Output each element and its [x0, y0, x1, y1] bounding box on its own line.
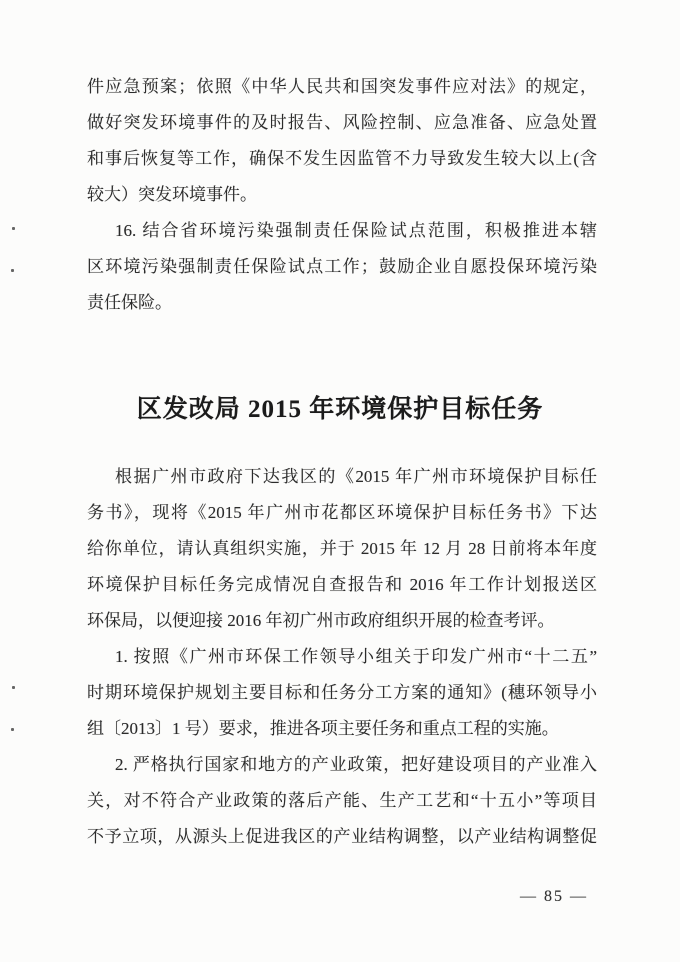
- text-line: 1. 按照《广州市环保工作领导小组关于印发广州市“十二五”: [87, 639, 597, 675]
- text-line: 较大）突发环境事件。: [87, 177, 597, 213]
- text-line: 根据广州市政府下达我区的《2015 年广州市环境保护目标任: [87, 459, 597, 495]
- text-line: 环境保护目标任务完成情况自查报告和 2016 年工作计划报送区: [87, 567, 597, 603]
- document-page: 件应急预案；依照《中华人民共和国突发事件应对法》的规定， 做好突发环境事件的及时…: [0, 0, 680, 962]
- text-line: 给你单位，请认真组织实施，并于 2015 年 12 月 28 日前将本年度: [87, 531, 597, 567]
- text-line: 做好突发环境事件的及时报告、风险控制、应急准备、应急处置: [87, 105, 597, 141]
- text-line: 不予立项，从源头上促进我区的产业结构调整，以产业结构调整促: [87, 819, 597, 855]
- text-line: 关，对不符合产业政策的落后产能、生产工艺和“十五小”等项目: [87, 783, 597, 819]
- scan-mark-dot: [12, 686, 15, 689]
- page-number: — 85 —: [520, 888, 588, 906]
- scan-mark-dot: [11, 269, 14, 272]
- text-line: 2. 严格执行国家和地方的产业政策，把好建设项目的产业准入: [87, 747, 597, 783]
- paragraph-block-bottom: 根据广州市政府下达我区的《2015 年广州市环境保护目标任 务书》，现将《201…: [87, 459, 597, 855]
- text-line: 环保局，以便迎接 2016 年初广州市政府组织开展的检查考评。: [87, 603, 597, 639]
- text-line: 责任保险。: [87, 285, 597, 321]
- text-line: 和事后恢复等工作，确保不发生因监管不力导致发生较大以上(含: [87, 141, 597, 177]
- text-line: 16. 结合省环境污染强制责任保险试点范围，积极推进本辖: [87, 213, 597, 249]
- section-title: 区发改局 2015 年环境保护目标任务: [0, 391, 680, 429]
- paragraph-block-top: 件应急预案；依照《中华人民共和国突发事件应对法》的规定， 做好突发环境事件的及时…: [87, 69, 597, 321]
- text-line: 区环境污染强制责任保险试点工作；鼓励企业自愿投保环境污染: [87, 249, 597, 285]
- text-line: 务书》，现将《2015 年广州市花都区环境保护目标任务书》下达: [87, 495, 597, 531]
- scan-mark-dot: [11, 728, 14, 731]
- text-line: 件应急预案；依照《中华人民共和国突发事件应对法》的规定，: [87, 69, 597, 105]
- text-line: 时期环境保护规划主要目标和任务分工方案的通知》(穗环领导小: [87, 675, 597, 711]
- scan-mark-dot: [12, 227, 15, 230]
- text-line: 组〔2013〕1 号）要求，推进各项主要任务和重点工程的实施。: [87, 711, 597, 747]
